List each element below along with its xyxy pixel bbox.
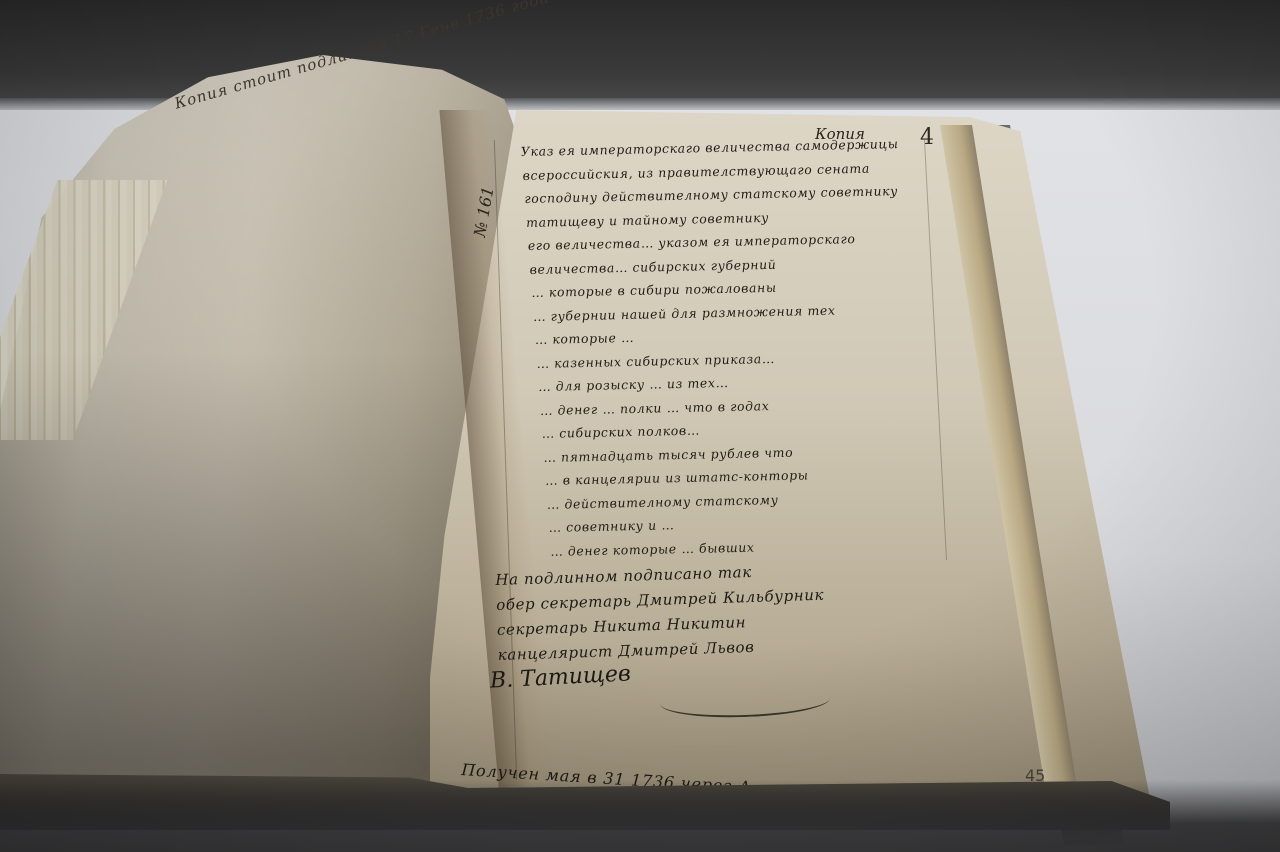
manuscript-body: Указ ея императорскаго величества самоде… xyxy=(520,131,990,563)
photo-scene: Копия стоит подлинная 17 Генв 1736 года … xyxy=(0,0,1280,852)
signatories-block: На подлинном подписано так обер секретар… xyxy=(495,553,978,668)
foreground-shadow xyxy=(0,780,1280,852)
